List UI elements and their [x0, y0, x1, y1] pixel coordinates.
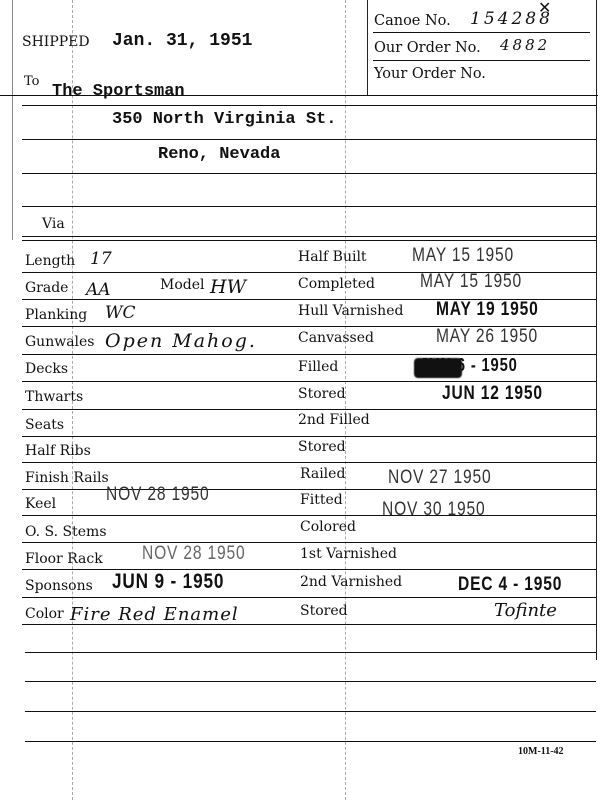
- canoe-no-label: Canoe No.: [374, 13, 451, 29]
- our-order-label: Our Order No.: [374, 40, 481, 56]
- left-border: [12, 0, 13, 240]
- form-code: 10M-11-42: [518, 746, 564, 757]
- progress-label-stored-2: Stored: [298, 439, 346, 455]
- progress-label-stored: Stored: [298, 386, 346, 402]
- spec-label-model: Model: [160, 277, 205, 293]
- your-order-label: Your Order No.: [374, 66, 486, 82]
- progress-label-2nd-varnished: 2nd Varnished: [300, 574, 402, 590]
- spec-label-decks: Decks: [25, 361, 68, 377]
- spec-label-finish-rails: Finish Rails: [25, 470, 109, 486]
- progress-label-colored: Colored: [300, 519, 356, 535]
- blank-rule: [25, 652, 596, 653]
- inspector-signature: Tofinte: [494, 600, 557, 621]
- recipient-name: The Sportsman: [52, 82, 185, 101]
- shipped-label: SHIPPED: [22, 34, 90, 50]
- canoe-no-underline: [373, 32, 590, 33]
- spec-value-color: Fire Red Enamel: [70, 604, 239, 625]
- spec-value-floor-rack: NOV 28 1950: [142, 543, 245, 565]
- progress-value-2nd-varnished: DEC 4 - 1950: [458, 574, 562, 596]
- row-rule: [22, 381, 596, 382]
- row-rule: [22, 462, 596, 463]
- via-rule-double-1: [22, 236, 596, 237]
- blank-rule: [25, 741, 596, 742]
- spec-label-os-stems: O. S. Stems: [25, 524, 107, 540]
- progress-label-completed: Completed: [298, 276, 375, 292]
- progress-value-hull-varnished: MAY 19 1950: [436, 299, 539, 321]
- progress-label-filled: Filled: [298, 359, 338, 375]
- address-line-1: 350 North Virginia St.: [112, 110, 336, 129]
- address-line-2-rule: [22, 173, 596, 174]
- spec-label-thwarts: Thwarts: [25, 389, 83, 405]
- row-rule: [22, 542, 596, 543]
- blank-address-rule: [22, 206, 596, 207]
- spec-label-grade: Grade: [25, 280, 68, 296]
- row-rule: [22, 515, 596, 516]
- shipped-date: Jan. 31, 1951: [112, 31, 252, 51]
- progress-value-half-built: MAY 15 1950: [412, 245, 514, 267]
- progress-value-completed: MAY 15 1950: [420, 271, 522, 293]
- via-label: Via: [42, 216, 65, 232]
- spec-label-half-ribs: Half Ribs: [25, 443, 91, 459]
- spec-label-sponsons: Sponsons: [25, 578, 93, 594]
- progress-label-half-built: Half Built: [298, 249, 367, 265]
- progress-label-2nd-filled: 2nd Filled: [298, 412, 370, 428]
- progress-label-1st-varnished: 1st Varnished: [300, 546, 397, 562]
- progress-value-railed: NOV 27 1950: [388, 467, 491, 489]
- blank-rule: [25, 681, 596, 682]
- spec-label-color: Color: [25, 606, 64, 622]
- our-order-underline: [373, 60, 590, 61]
- row-rule: [22, 436, 596, 437]
- spec-label-gunwales: Gunwales: [25, 334, 95, 350]
- spec-value-planking: WC: [105, 303, 135, 323]
- address-line-1-rule: [22, 139, 596, 140]
- progress-label-fitted: Fitted: [300, 492, 343, 508]
- spec-label-planking: Planking: [25, 307, 87, 323]
- spec-value-length: 17: [90, 249, 112, 269]
- progress-label-stored-final: Stored: [300, 603, 348, 619]
- spec-label-length: Length: [25, 253, 75, 269]
- our-order-value: 4882: [500, 36, 550, 54]
- spec-label-seats: Seats: [25, 417, 64, 433]
- spec-value-keel: NOV 28 1950: [106, 484, 209, 506]
- progress-label-hull-varnished: Hull Varnished: [298, 303, 403, 319]
- row-rule: [22, 569, 596, 570]
- order-box-divider: [367, 0, 368, 95]
- via-rule-double-2: [22, 240, 596, 241]
- progress-value-canvassed: MAY 26 1950: [436, 326, 538, 348]
- progress-value-filled: JUN 6 - 1950: [420, 355, 518, 376]
- recipient-line: [22, 105, 596, 106]
- progress-value-stored: JUN 12 1950: [442, 383, 543, 405]
- right-border: [596, 0, 597, 660]
- spec-value-model: HW: [210, 276, 246, 298]
- progress-label-railed: Railed: [300, 466, 345, 482]
- row-rule: [22, 409, 596, 410]
- to-label: To: [24, 74, 40, 89]
- blank-rule: [25, 711, 596, 712]
- address-line-2: Reno, Nevada: [158, 145, 280, 164]
- spec-value-gunwales: Open Mahog.: [105, 330, 257, 352]
- spec-label-keel: Keel: [25, 496, 56, 512]
- cross-mark-icon: ✕: [538, 0, 551, 17]
- spec-value-sponsons: JUN 9 - 1950: [112, 570, 224, 594]
- spec-value-grade: AA: [86, 280, 111, 300]
- progress-value-colored: NOV 30 1950: [382, 499, 485, 521]
- row-rule: [22, 597, 596, 598]
- progress-label-canvassed: Canvassed: [298, 330, 374, 346]
- spec-label-floor-rack: Floor Rack: [25, 551, 103, 567]
